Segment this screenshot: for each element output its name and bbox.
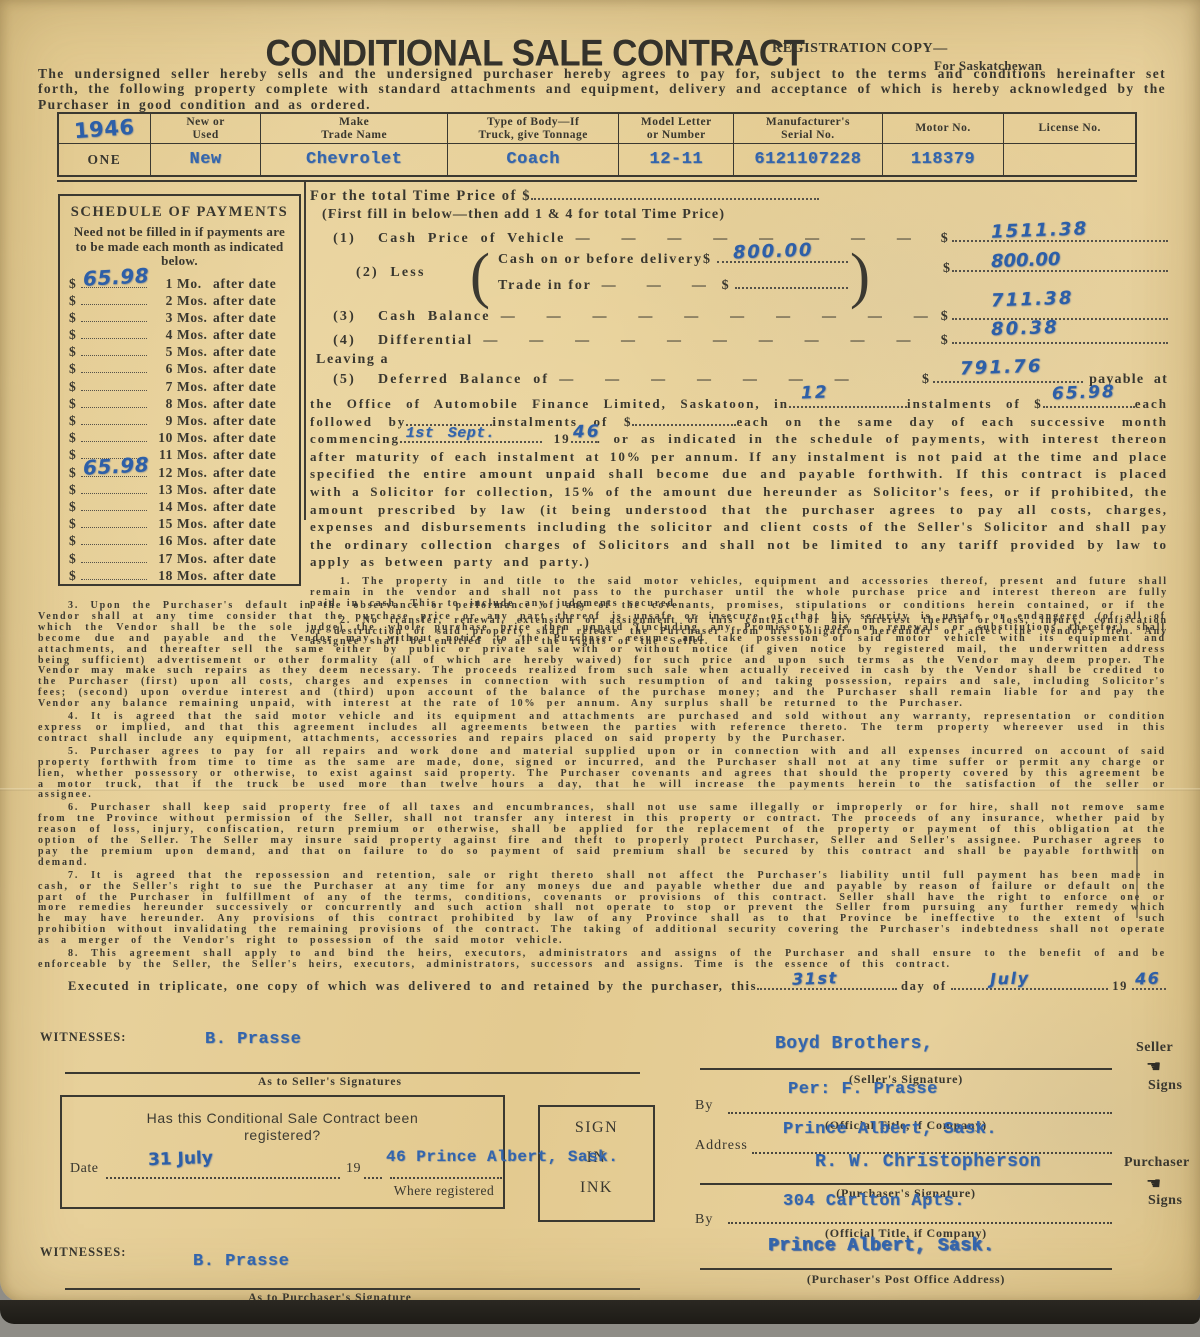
clause-5: 5. Purchaser agrees to pay for all repai… bbox=[38, 747, 1166, 802]
vehicle-table-value-row: ONE New Chevrolet Coach 12-11 6121107228… bbox=[59, 144, 1135, 175]
where-registered-line bbox=[390, 1177, 502, 1179]
reg-year-blank bbox=[364, 1177, 382, 1179]
instalments-count-value: 12 bbox=[800, 385, 828, 404]
main-section: SCHEDULE OF PAYMENTS Need not be filled … bbox=[0, 186, 1200, 600]
close-paren: ) bbox=[850, 239, 870, 311]
schedule-amount-blank bbox=[81, 498, 147, 511]
clause-8: 8. This agreement shall apply to and bin… bbox=[38, 949, 1166, 971]
witnesses-label-purchaser: WITNESSES: bbox=[40, 1245, 126, 1260]
schedule-amount-blank bbox=[81, 395, 147, 408]
purchaser-signature-line bbox=[700, 1183, 1112, 1185]
model-value: 12-11 bbox=[650, 150, 704, 169]
schedule-title: SCHEDULE OF PAYMENTS bbox=[69, 204, 290, 221]
commencing-year-value: 46 bbox=[573, 423, 601, 442]
schedule-amount-blank bbox=[81, 326, 147, 339]
registration-place-value: 46 Prince Albert, Sask. bbox=[386, 1148, 618, 1166]
seller-per-value: Per: F. Prasse bbox=[788, 1080, 938, 1099]
cash-on-delivery-blank: 800.00 bbox=[717, 249, 848, 263]
row4-dollar-sign: $ bbox=[941, 333, 950, 349]
office-seg1: the Office of Automobile Finance Limited… bbox=[310, 396, 789, 411]
row1-number: (1) bbox=[310, 231, 356, 247]
delivery-dollar-sign: $ bbox=[703, 252, 712, 268]
paper-fold-crease bbox=[0, 788, 1200, 791]
seller-witness-signature: B. Prasse bbox=[205, 1030, 301, 1049]
time-price-heading: For the total Time Price of $ bbox=[310, 186, 1168, 205]
office-seg2: instalments of $ bbox=[907, 396, 1043, 411]
manicule-purchaser-icon: ☚ bbox=[1146, 1174, 1161, 1194]
commencing-date-blank: 1st Sept. bbox=[400, 430, 542, 443]
official-title-line-purchaser bbox=[728, 1222, 1112, 1224]
row1-dollar-sign: $ bbox=[941, 231, 950, 247]
row4-number: (4) bbox=[310, 333, 356, 349]
vehicle-table-header-row: 1946 New or Used Make Trade Name Type of… bbox=[59, 114, 1135, 144]
purchaser-po-value: Prince Albert, Sask. bbox=[768, 1236, 994, 1256]
signature-section: WITNESSES: B. Prasse As to Seller's Sign… bbox=[0, 1026, 1200, 1302]
official-title-line-seller bbox=[728, 1112, 1112, 1114]
header-serial: Manufacturer's Serial No. bbox=[734, 114, 883, 143]
office-seg7: . or as indicated in the schedule of pay… bbox=[310, 431, 1168, 569]
year-printed-19: 19 bbox=[554, 431, 571, 446]
trade-in-blank bbox=[735, 275, 848, 289]
day-of-label: day of bbox=[901, 979, 947, 994]
row5-number: (5) bbox=[310, 372, 356, 388]
manicule-seller-icon: ☚ bbox=[1146, 1057, 1161, 1077]
header-license: License No. bbox=[1004, 114, 1135, 143]
header-make: Make Trade Name bbox=[261, 114, 447, 143]
purchaser-po-line bbox=[700, 1268, 1112, 1270]
schedule-row: $65.981Mo.after date bbox=[69, 275, 290, 292]
differential-value: 80.38 bbox=[991, 317, 1060, 340]
row5-dollar-sign: $ bbox=[922, 372, 931, 388]
schedule-amount-blank bbox=[81, 532, 147, 545]
registration-question: Has this Conditional Sale Contract been … bbox=[118, 1110, 448, 1144]
schedule-amount-blank bbox=[81, 378, 147, 391]
new-used-value: New bbox=[190, 150, 222, 169]
execution-year-value: 46 bbox=[1135, 968, 1161, 988]
as-to-seller-label: As to Seller's Signatures bbox=[150, 1076, 510, 1088]
cash-balance-blank: 711.38 bbox=[952, 305, 1168, 320]
followed-amount-blank bbox=[632, 413, 736, 426]
year-cell: 1946 bbox=[59, 114, 151, 143]
purchaser-witness-line bbox=[65, 1288, 640, 1290]
sign-word: SIGN bbox=[540, 1119, 653, 1137]
row4-label: Differential bbox=[378, 333, 473, 349]
schedule-row: $8Mos.after date bbox=[69, 395, 290, 412]
header-body-type: Type of Body—If Truck, give Tonnage bbox=[448, 114, 620, 143]
row5-dashes: — — — — — — — bbox=[549, 372, 922, 388]
deferred-balance-row: (5) Deferred Balance of — — — — — — — $ … bbox=[310, 368, 1168, 388]
purchaser-witness-signature: B. Prasse bbox=[193, 1252, 289, 1271]
quantity-value: ONE bbox=[87, 152, 121, 168]
schedule-row: $18Mos.after date bbox=[69, 567, 290, 584]
intro-paragraph: The undersigned seller hereby sells and … bbox=[38, 66, 1166, 112]
schedule-amount-blank bbox=[81, 412, 147, 425]
schedule-row: $7Mos.after date bbox=[69, 378, 290, 395]
body-type-value: Coach bbox=[506, 150, 560, 169]
header-model: Model Letter or Number bbox=[619, 114, 734, 143]
schedule-row: $14Mos.after date bbox=[69, 498, 290, 515]
row4-dashes: — — — — — — — — — — bbox=[473, 333, 940, 349]
schedule-amount-blank bbox=[81, 429, 147, 442]
registration-copy-text: REGISTRATION COPY— bbox=[772, 41, 948, 56]
execution-line: Executed in triplicate, one copy of whic… bbox=[38, 977, 1166, 994]
less-amount-value: 800.00 bbox=[991, 249, 1061, 272]
schedule-row: $16Mos.after date bbox=[69, 532, 290, 549]
cash-balance-value: 711.38 bbox=[991, 288, 1074, 312]
schedule-row: $10Mos.after date bbox=[69, 429, 290, 446]
schedule-row: $3Mos.after date bbox=[69, 309, 290, 326]
header-motor: Motor No. bbox=[883, 114, 1005, 143]
schedule-row: $17Mos.after date bbox=[69, 550, 290, 567]
less-label: (2) Less bbox=[356, 265, 426, 281]
row3-number: (3) bbox=[310, 309, 356, 325]
cash-on-delivery-row: Cash on or before delivery $ 800.00 bbox=[498, 249, 848, 275]
execution-year-printed: 19 bbox=[1112, 979, 1128, 994]
scan-background-edge bbox=[0, 1300, 1200, 1324]
commencing-year-blank: 46 bbox=[571, 430, 597, 443]
serial-value: 6121107228 bbox=[754, 150, 861, 169]
schedule-row: $65.9812Mos.after date bbox=[69, 464, 290, 481]
purchaser-signs-word1: Purchaser bbox=[1124, 1155, 1190, 1171]
purchaser-po-label: (Purchaser's Post Office Address) bbox=[700, 1272, 1112, 1287]
row3-dashes: — — — — — — — — — — bbox=[491, 309, 941, 325]
execution-prefix: Executed in triplicate, one copy of whic… bbox=[38, 979, 757, 994]
witnesses-label-seller: WITNESSES: bbox=[40, 1030, 126, 1045]
schedule-of-payments-box: SCHEDULE OF PAYMENTS Need not be filled … bbox=[58, 194, 301, 586]
schedule-amount-blank bbox=[81, 360, 147, 373]
schedule-amount-blank: 65.98 bbox=[81, 275, 147, 288]
year-value: 1946 bbox=[74, 121, 135, 138]
less-amount-blank: 800.00 bbox=[952, 257, 1168, 272]
trade-in-dollar-sign: $ bbox=[722, 278, 731, 294]
schedule-amount-value: 65.98 bbox=[82, 263, 149, 290]
paper-crease-mark bbox=[1136, 838, 1138, 918]
trade-in-dashes: — — — bbox=[592, 278, 722, 294]
cash-on-delivery-label: Cash on or before delivery bbox=[498, 252, 703, 268]
schedule-row: $9Mos.after date bbox=[69, 412, 290, 429]
column-divider bbox=[304, 182, 306, 520]
schedule-amount-blank bbox=[81, 567, 147, 580]
schedule-amount-value: 65.98 bbox=[82, 452, 149, 479]
seller-signs-word2: Signs bbox=[1148, 1078, 1182, 1094]
execution-day-value: 31st bbox=[792, 968, 838, 989]
where-registered-label: Where registered bbox=[384, 1183, 504, 1199]
seller-address-value: Prince Albert, Sask. bbox=[783, 1120, 997, 1139]
clause-3: 3. Upon the Purchaser's default in the o… bbox=[38, 601, 1166, 710]
purchaser-signature-value: R. W. Christopherson bbox=[815, 1152, 1041, 1172]
vehicle-table: 1946 New or Used Make Trade Name Type of… bbox=[57, 112, 1137, 177]
trade-in-label: Trade in for bbox=[498, 278, 592, 294]
schedule-row: $13Mos.after date bbox=[69, 481, 290, 498]
contract-paper: CONDITIONAL SALE CONTRACT REGISTRATION C… bbox=[0, 0, 1200, 1302]
seller-signature-line bbox=[700, 1068, 1112, 1070]
cash-price-value: 1511.38 bbox=[991, 218, 1089, 242]
purchaser-address-value: 304 Carlton Apts. bbox=[783, 1192, 965, 1211]
instalment-amount-blank: 65.98 bbox=[1043, 395, 1135, 408]
clause-4: 4. It is agreed that the said motor vehi… bbox=[38, 712, 1166, 745]
motor-value: 118379 bbox=[911, 150, 975, 169]
differential-row: (4) Differential — — — — — — — — — — $ 8… bbox=[310, 329, 1168, 349]
commencing-date-value: 1st Sept. bbox=[406, 425, 496, 443]
cash-on-delivery-value: 800.00 bbox=[732, 240, 813, 264]
terms-and-conditions: 3. Upon the Purchaser's default in the o… bbox=[38, 601, 1166, 994]
deferred-balance-blank: 791.76 bbox=[933, 368, 1083, 383]
registration-date-value: 31 July bbox=[148, 1148, 214, 1170]
schedule-amount-blank bbox=[81, 343, 147, 356]
purchaser-signs-word2: Signs bbox=[1148, 1193, 1182, 1209]
deferred-balance-value: 791.76 bbox=[960, 356, 1043, 380]
execution-month-blank: July bbox=[951, 977, 1109, 990]
clause-7: 7. It is agreed that the repossession an… bbox=[38, 871, 1166, 947]
schedule-row: $15Mos.after date bbox=[69, 515, 290, 532]
seller-witness-line bbox=[65, 1072, 640, 1074]
schedule-row: $6Mos.after date bbox=[69, 360, 290, 377]
cash-price-blank: 1511.38 bbox=[952, 227, 1168, 242]
less-amount: $ 800.00 bbox=[943, 257, 1168, 277]
schedule-amount-blank: 65.98 bbox=[81, 464, 147, 477]
schedule-amount-blank bbox=[81, 481, 147, 494]
schedule-row: $4Mos.after date bbox=[69, 326, 290, 343]
schedule-amount-blank bbox=[81, 515, 147, 528]
date-blank-line bbox=[106, 1177, 340, 1179]
instalment-terms-paragraph: the Office of Automobile Finance Limited… bbox=[310, 395, 1168, 571]
row3-dollar-sign: $ bbox=[941, 309, 950, 325]
seller-signature-value: Boyd Brothers, bbox=[775, 1034, 933, 1054]
schedule-amount-blank bbox=[81, 292, 147, 305]
trade-in-row: Trade in for — — — $ bbox=[498, 275, 848, 301]
row5-label: Deferred Balance of bbox=[378, 372, 549, 388]
heading-dotted-line bbox=[531, 186, 819, 200]
open-paren: ( bbox=[470, 239, 490, 311]
seller-signs-word1: Seller bbox=[1136, 1040, 1173, 1056]
office-seg4: instalments of $ bbox=[492, 414, 632, 429]
schedule-row: $5Mos.after date bbox=[69, 343, 290, 360]
ink-word: INK bbox=[540, 1179, 653, 1197]
header-new-or-used: New or Used bbox=[151, 114, 262, 143]
instalment-amount-value: 65.98 bbox=[1052, 384, 1116, 404]
schedule-row: $2Mos.after date bbox=[69, 292, 290, 309]
execution-month-value: July bbox=[990, 968, 1030, 988]
schedule-amount-blank bbox=[81, 309, 147, 322]
time-price-heading-label: For the total Time Price of $ bbox=[310, 188, 531, 205]
schedule-note: Need not be filled in if payments are to… bbox=[69, 225, 290, 269]
schedule-amount-blank bbox=[81, 550, 147, 563]
reg-year-printed: 19 bbox=[346, 1161, 361, 1177]
address-label: Address bbox=[695, 1138, 748, 1154]
make-value: Chevrolet bbox=[306, 150, 402, 169]
execution-year-blank: 46 bbox=[1132, 977, 1166, 990]
instalments-count-blank: 12 bbox=[789, 395, 907, 408]
schedule-rows: $65.981Mo.after date$2Mos.after date$3Mo… bbox=[69, 275, 290, 584]
time-price-column: For the total Time Price of $ (First fil… bbox=[310, 186, 1168, 648]
clause-6: 6. Purchaser shall keep said property fr… bbox=[38, 803, 1166, 868]
date-label: Date bbox=[70, 1161, 98, 1177]
differential-blank: 80.38 bbox=[952, 329, 1168, 344]
execution-day-blank: 31st bbox=[757, 977, 897, 990]
by-label-seller: By bbox=[695, 1098, 713, 1114]
scanned-contract-page: { "header": { "title": "CONDITIONAL SALE… bbox=[0, 0, 1200, 1337]
